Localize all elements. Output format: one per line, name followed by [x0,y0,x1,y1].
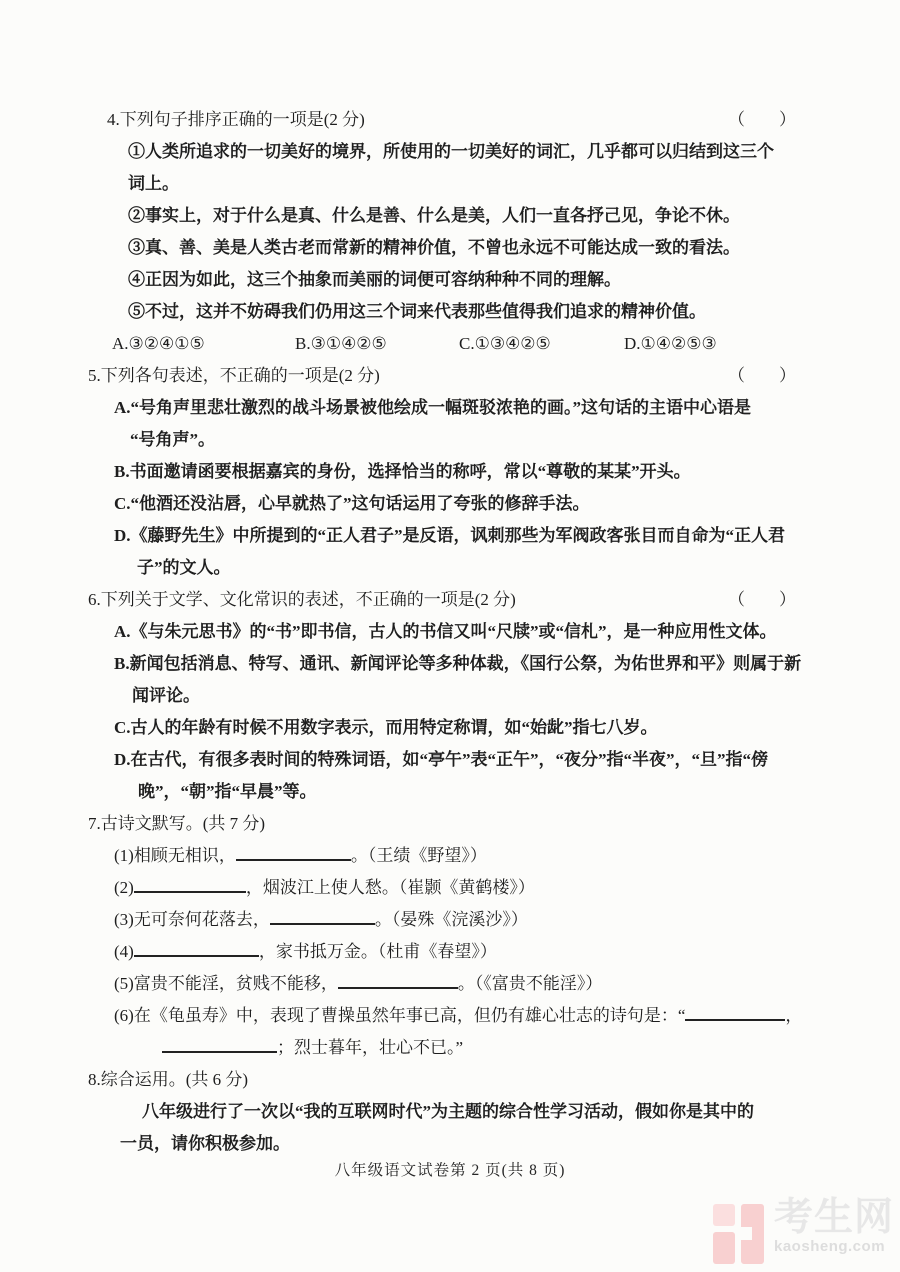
kaosheng-logo-icon [713,1204,768,1264]
answer-blank-5 [338,973,458,989]
page-footer: 八年级语文试卷第 2 页(共 8 页) [0,1158,900,1180]
q5-option-d-cont: 子”的文人。 [0,552,900,584]
logo-block-top-left [713,1204,735,1226]
q7-item-1-pre: (1)相顾无相识， [114,846,236,865]
q5-option-c: C.“他酒还没沾唇，心早就热了”这句话运用了夸张的修辞手法。 [0,488,900,520]
q4-option-d: D.①④②⑤③ [624,328,717,360]
q7-item-4-post: ，家书抵万金。（杜甫《春望》） [259,942,497,961]
q7-item-5: (5)富贵不能淫，贫贱不能移，。（《富贵不能淫》） [0,968,900,1000]
answer-bracket-q4: （ ） [728,104,796,136]
q4-option-b: B.③①④②⑤ [295,328,387,360]
watermark-domain: kaosheng.com [774,1239,894,1255]
q7-item-5-pre: (5)富贵不能淫，贫贱不能移， [114,974,338,993]
logo-notch [741,1227,752,1240]
q7-item-6-cont-post: ；烈士暮年，壮心不已。” [277,1038,463,1057]
answer-blank-3 [270,909,375,925]
answer-blank-6 [685,1005,785,1021]
q7-item-1: (1)相顾无相识，。（王绩《野望》） [0,840,900,872]
answer-blank-7 [162,1037,277,1053]
q4-option-c: C.①③④②⑤ [459,328,551,360]
q8-paragraph-line-2: 一员，请你积极参加。 [0,1128,900,1160]
q7-item-1-post: 。（王绩《野望》） [351,846,487,865]
question-8-header: 8.综合运用。(共 6 分) [0,1064,900,1096]
q7-item-6: (6)在《龟虽寿》中，表现了曹操虽然年事已高，但仍有雄心壮志的诗句是：“， [0,1000,900,1032]
kaosheng-watermark: 考生网 kaosheng.com [710,1196,895,1268]
q7-item-6-pre: (6)在《龟虽寿》中，表现了曹操虽然年事已高，但仍有雄心壮志的诗句是：“ [114,1006,685,1025]
q7-item-4-pre: (4) [114,942,134,961]
q8-paragraph-line-1: 八年级进行了一次以“我的互联网时代”为主题的综合性学习活动，假如你是其中的 [0,1096,900,1128]
q6-option-b-cont: 闻评论。 [0,680,900,712]
answer-bracket-q5: （ ） [728,360,796,392]
q6-option-c: C.古人的年龄有时候不用数字表示，而用特定称谓，如“始龀”指七八岁。 [0,712,900,744]
question-5-header: 5.下列各句表述，不正确的一项是(2 分) （ ） [0,360,900,392]
q6-option-a: A.《与朱元思书》的“书”即书信，古人的书信又叫“尺牍”或“信札”，是一种应用性… [0,616,900,648]
q7-item-6-cont: ；烈士暮年，壮心不已。” [0,1032,900,1064]
q7-item-4: (4)，家书抵万金。（杜甫《春望》） [0,936,900,968]
q6-option-d-cont: 晚”，“朝”指“早晨”等。 [0,776,900,808]
question-6-header: 6.下列关于文学、文化常识的表述，不正确的一项是(2 分) （ ） [0,584,900,616]
q4-sentence-1: ①人类所追求的一切美好的境界，所使用的一切美好的词汇，几乎都可以归结到这三个 [0,136,900,168]
q4-sentence-4: ④正因为如此，这三个抽象而美丽的词便可容纳种种不同的理解。 [0,264,900,296]
q4-options-row: A.③②④①⑤ B.③①④②⑤ C.①③④②⑤ D.①④②⑤③ [0,328,900,360]
q5-option-b: B.书面邀请函要根据嘉宾的身份，选择恰当的称呼，常以“尊敬的某某”开头。 [0,456,900,488]
watermark-brand: 考生网 [774,1198,894,1238]
q5-option-a-cont: “号角声”。 [0,424,900,456]
q7-item-3-post: 。（晏殊《浣溪沙》） [375,910,528,929]
answer-blank-1 [236,845,351,861]
answer-blank-4 [134,941,259,957]
q4-sentence-5: ⑤不过，这并不妨碍我们仍用这三个词来代表那些值得我们追求的精神价值。 [0,296,900,328]
question-4-header: 4.下列句子排序正确的一项是(2 分) （ ） [0,104,900,136]
q6-option-b: B.新闻包括消息、特写、通讯、新闻评论等多种体裁，《国行公祭，为佑世界和平》则属… [0,648,900,680]
question-7-header: 7.古诗文默写。(共 7 分) [0,808,900,840]
q7-item-2-post: ，烟波江上使人愁。（崔颢《黄鹤楼》） [246,878,535,897]
q7-item-2: (2)，烟波江上使人愁。（崔颢《黄鹤楼》） [0,872,900,904]
q7-item-3: (3)无可奈何花落去，。（晏殊《浣溪沙》） [0,904,900,936]
q5-option-a: A.“号角声里悲壮激烈的战斗场景被他绘成一幅斑驳浓艳的画。”这句话的主语中心语是 [0,392,900,424]
q7-item-5-post: 。（《富贵不能淫》） [458,974,603,993]
q4-sentence-2: ②事实上，对于什么是真、什么是善、什么是美，人们一直各抒己见，争论不休。 [0,200,900,232]
question-5-title: 5.下列各句表述，不正确的一项是(2 分) [88,366,380,385]
exam-body: 4.下列句子排序正确的一项是(2 分) （ ） ①人类所追求的一切美好的境界，所… [0,104,900,1160]
answer-bracket-q6: （ ） [728,584,796,616]
q6-option-d: D.在古代，有很多表时间的特殊词语，如“亭午”表“正午”，“夜分”指“半夜”，“… [0,744,900,776]
watermark-text: 考生网 kaosheng.com [774,1198,894,1255]
q7-item-6-post: ， [785,1006,802,1025]
logo-block-bottom-left [713,1232,735,1264]
q4-option-a: A.③②④①⑤ [112,328,205,360]
q5-option-d: D.《藤野先生》中所提到的“正人君子”是反语，讽刺那些为军阀政客张目而自命为“正… [0,520,900,552]
exam-paper-page: 4.下列句子排序正确的一项是(2 分) （ ） ①人类所追求的一切美好的境界，所… [0,0,900,1272]
question-6-title: 6.下列关于文学、文化常识的表述，不正确的一项是(2 分) [88,590,516,609]
question-4-title: 4.下列句子排序正确的一项是(2 分) [107,110,365,129]
q4-sentence-3: ③真、善、美是人类古老而常新的精神价值，不曾也永远不可能达成一致的看法。 [0,232,900,264]
answer-blank-2 [134,877,246,893]
q7-item-2-pre: (2) [114,878,134,897]
q4-sentence-1-cont: 词上。 [0,168,900,200]
q7-item-3-pre: (3)无可奈何花落去， [114,910,270,929]
